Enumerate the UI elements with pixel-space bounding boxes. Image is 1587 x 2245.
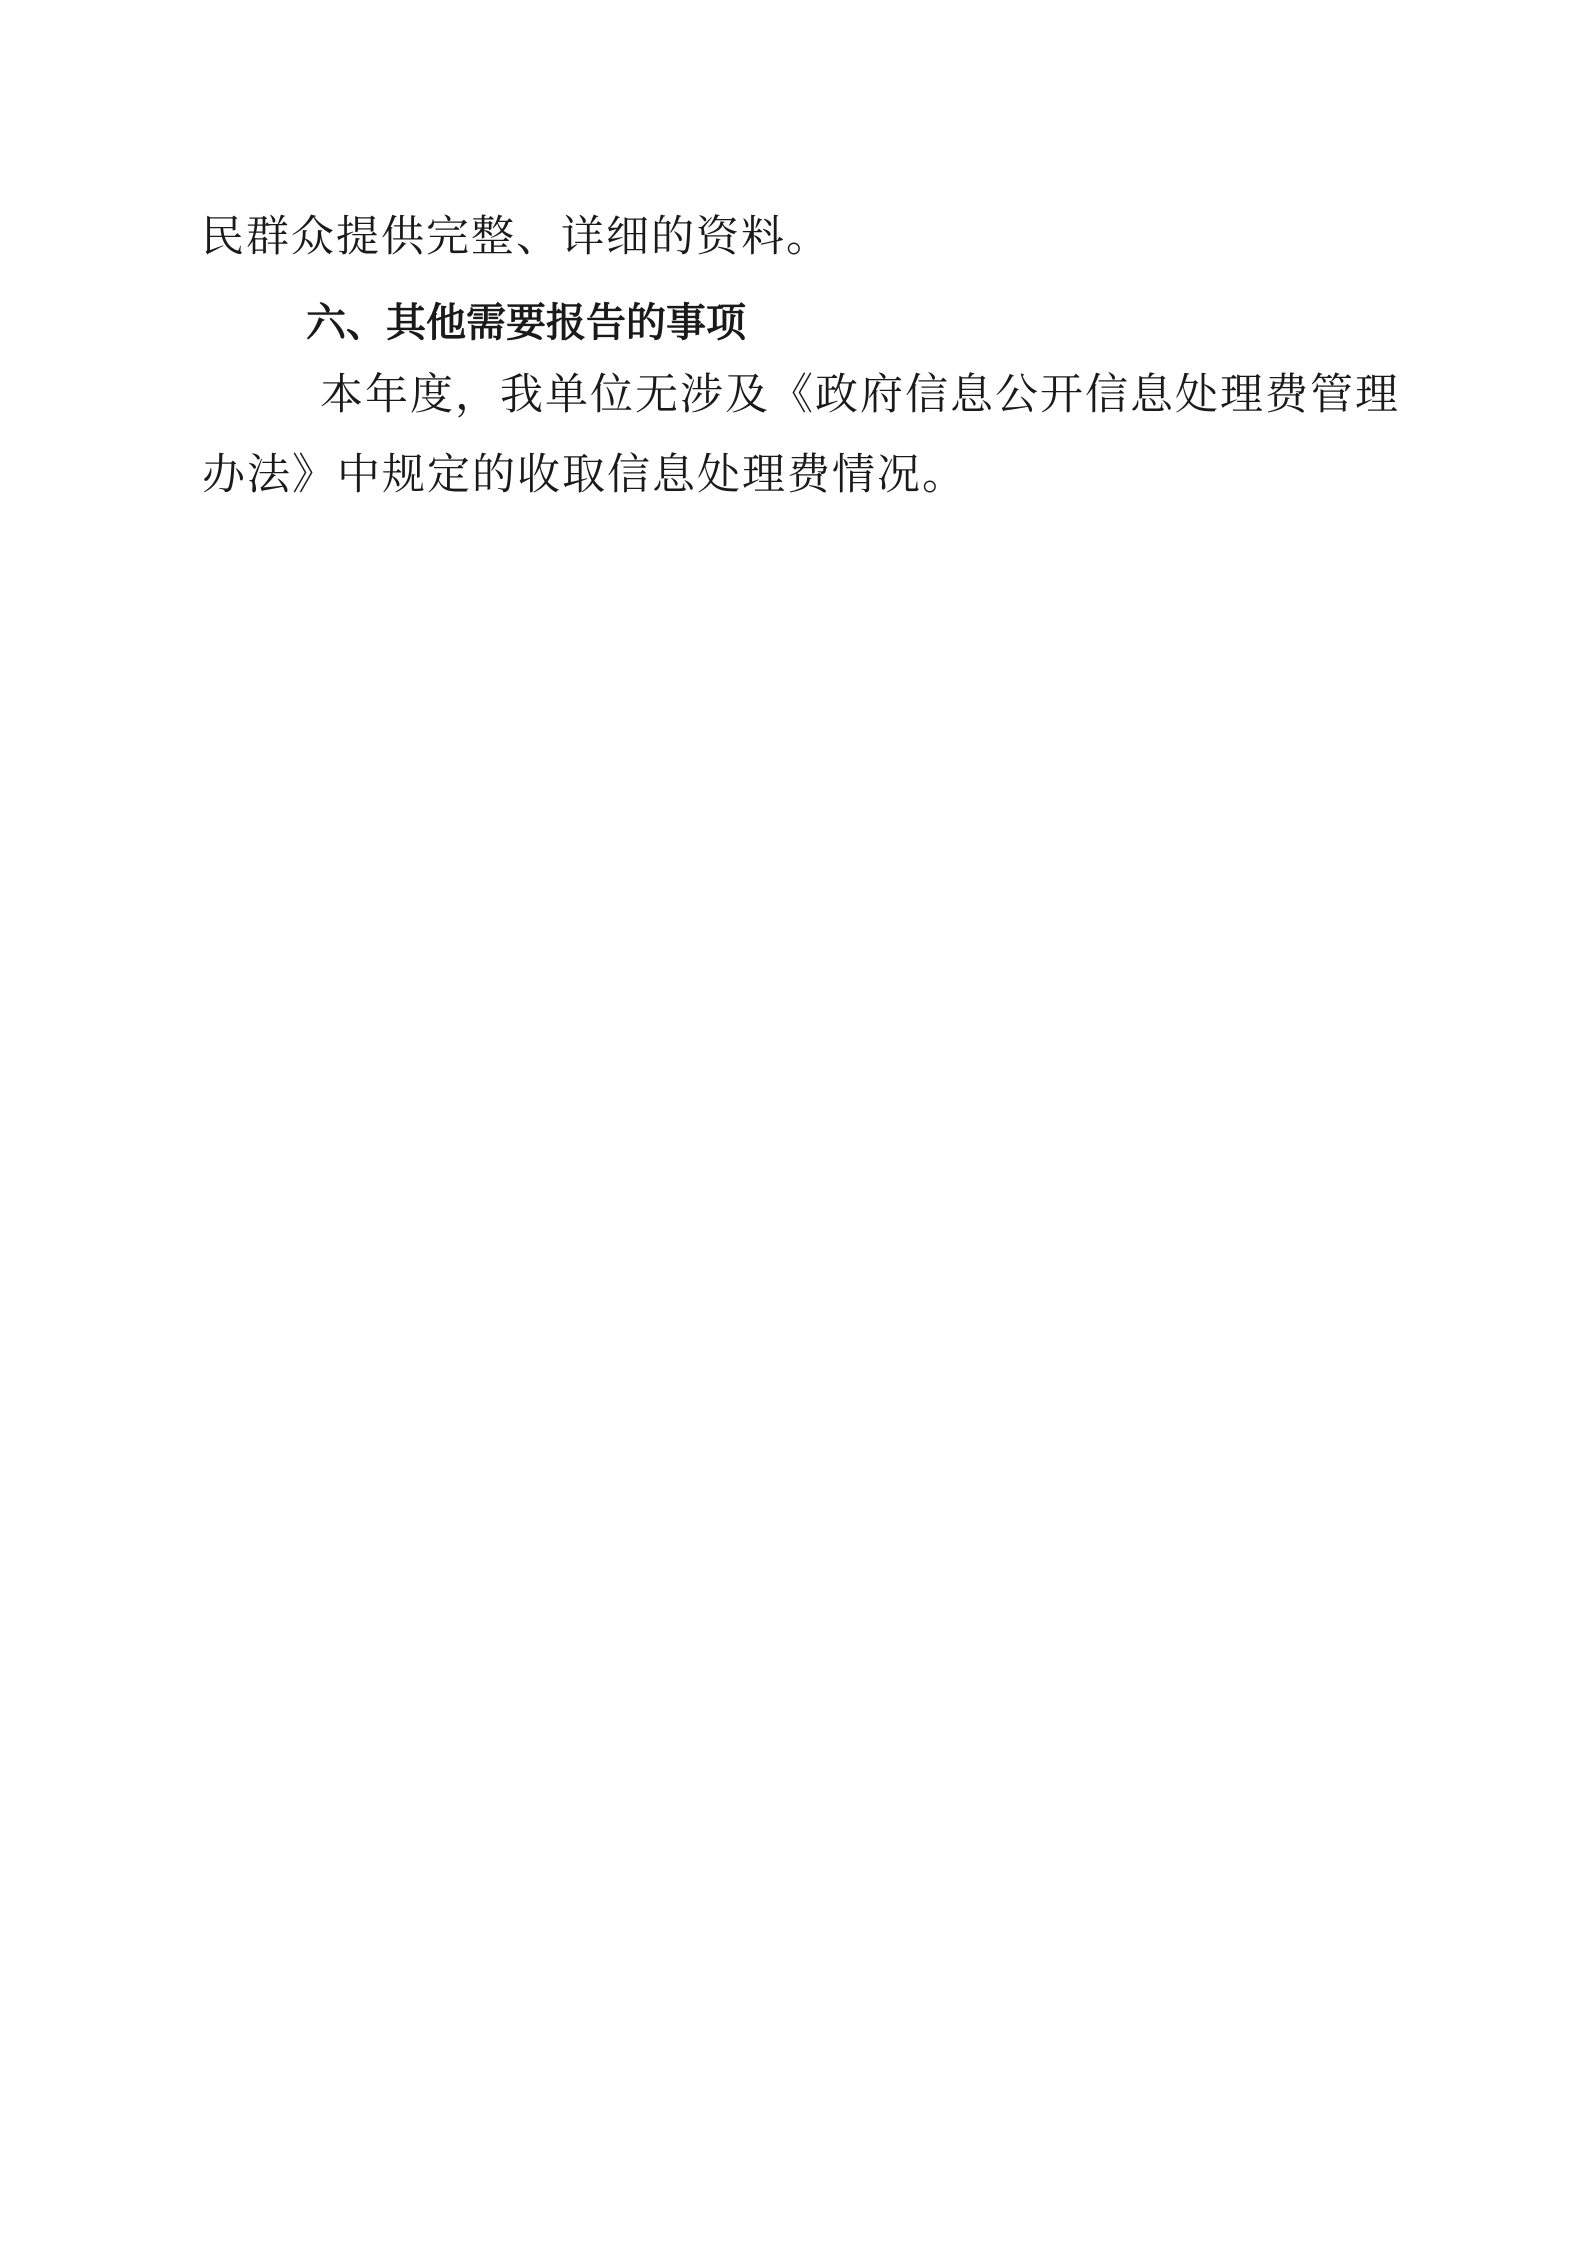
section-heading: 六、其他需要报告的事项 — [306, 303, 746, 343]
paragraph-line-1: 本年度，我单位无涉及《政府信息公开信息处理费管理 — [320, 374, 1400, 417]
previous-paragraph-last-line: 民群众提供完整、详细的资料。 — [201, 216, 831, 259]
document-page: 民群众提供完整、详细的资料。 六、其他需要报告的事项 本年度，我单位无涉及《政府… — [0, 0, 1587, 2245]
paragraph-line-2: 办法》中规定的收取信息处理费情况。 — [202, 454, 967, 497]
